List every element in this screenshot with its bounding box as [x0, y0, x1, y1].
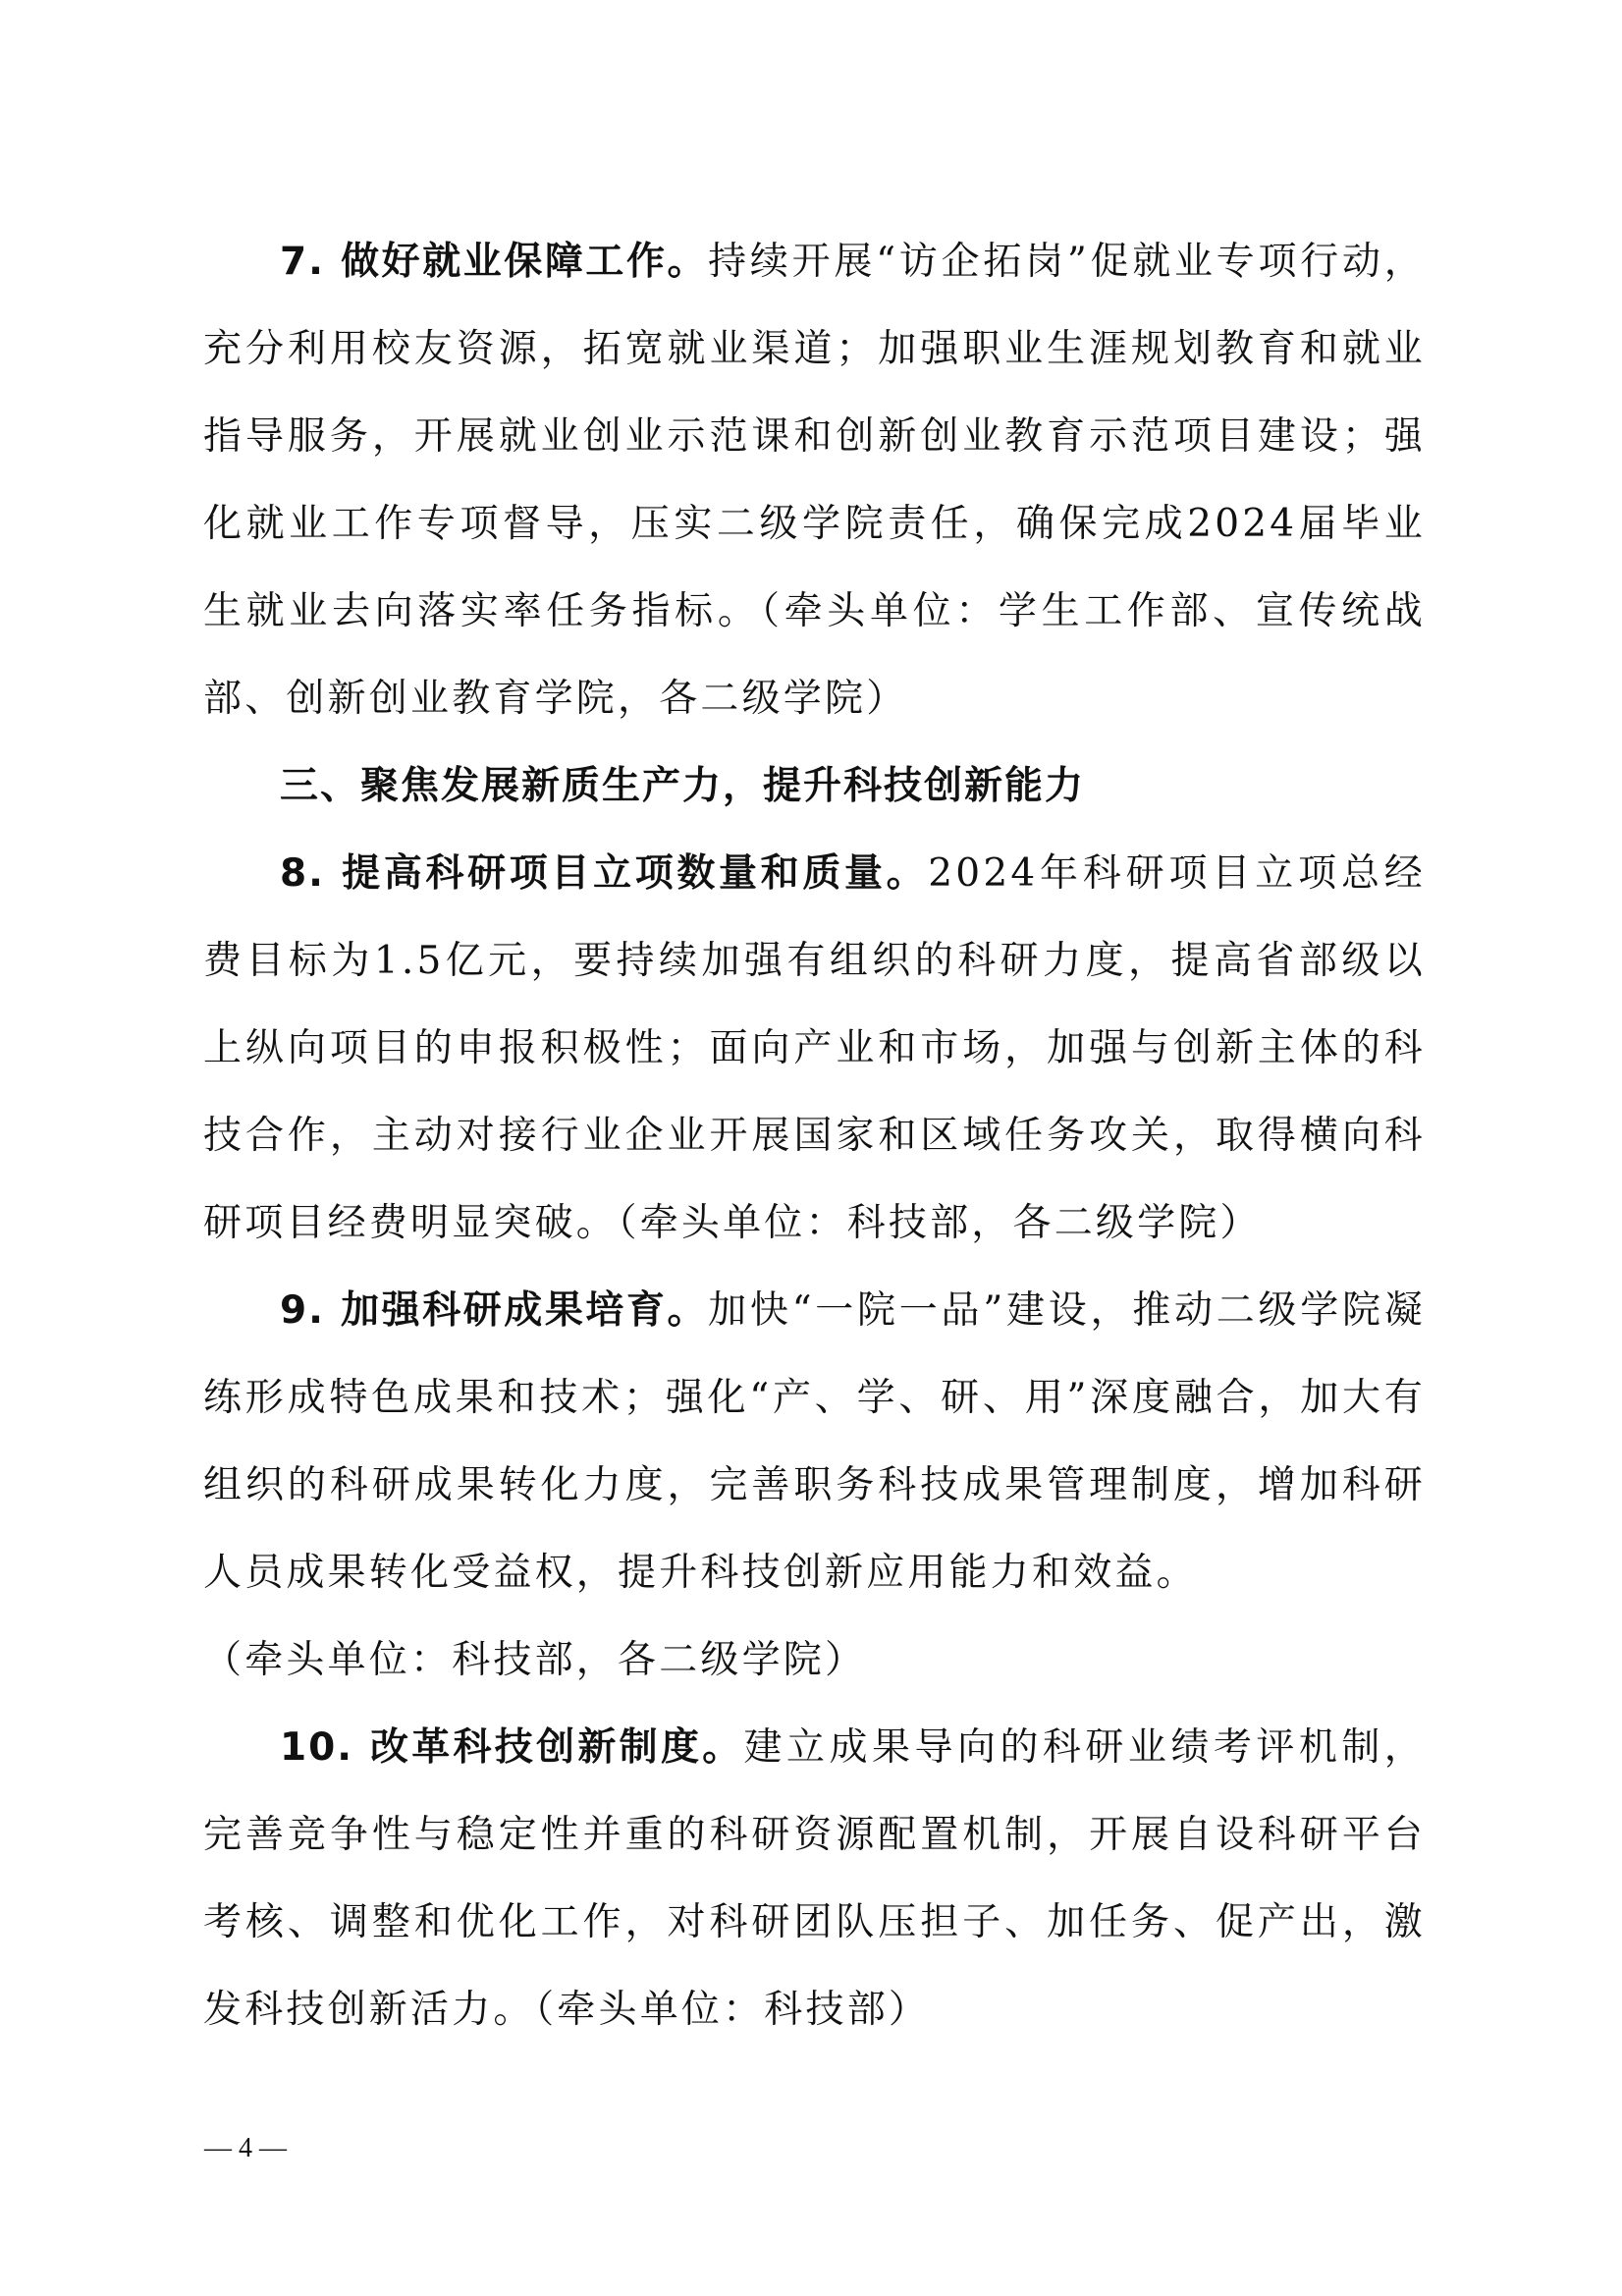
paragraph-item-10: 10. 改革科技创新制度。建立成果导向的科研业绩考评机制，完善竞争性与稳定性并重… — [203, 1704, 1426, 2053]
item-7-body: 持续开展“访企拓岗”促就业专项行动，充分利用校友资源，拓宽就业渠道；加强职业生涯… — [203, 240, 1426, 721]
item-10-body: 建立成果导向的科研业绩考评机制，完善竞争性与稳定性并重的科研资源配置机制，开展自… — [203, 1725, 1426, 2032]
document-page: 7. 做好就业保障工作。持续开展“访企拓岗”促就业专项行动，充分利用校友资源，拓… — [203, 218, 1426, 2053]
paragraph-item-7: 7. 做好就业保障工作。持续开展“访企拓岗”促就业专项行动，充分利用校友资源，拓… — [203, 218, 1426, 742]
page-number: — 4 — — [204, 2133, 287, 2164]
item-10-lead: 10. 改革科技创新制度。 — [280, 1725, 744, 1770]
paragraph-item-9-tail: （牵头单位：科技部，各二级学院） — [203, 1616, 1426, 1704]
paragraph-item-8: 8. 提高科研项目立项数量和质量。2024年科研项目立项总经费目标为1.5亿元，… — [203, 830, 1426, 1267]
item-9-body: 加快“一院一品”建设，推动二级学院凝练形成特色成果和技术；强化“产、学、研、用”… — [203, 1288, 1426, 1595]
item-9-lead: 9. 加强科研成果培育。 — [280, 1288, 708, 1333]
section-heading-3: 三、聚焦发展新质生产力，提升科技创新能力 — [203, 742, 1426, 830]
item-8-lead: 8. 提高科研项目立项数量和质量。 — [280, 851, 928, 896]
paragraph-item-9: 9. 加强科研成果培育。加快“一院一品”建设，推动二级学院凝练形成特色成果和技术… — [203, 1267, 1426, 1616]
item-7-lead: 7. 做好就业保障工作。 — [280, 240, 708, 284]
item-8-body: 2024年科研项目立项总经费目标为1.5亿元，要持续加强有组织的科研力度，提高省… — [203, 851, 1426, 1245]
